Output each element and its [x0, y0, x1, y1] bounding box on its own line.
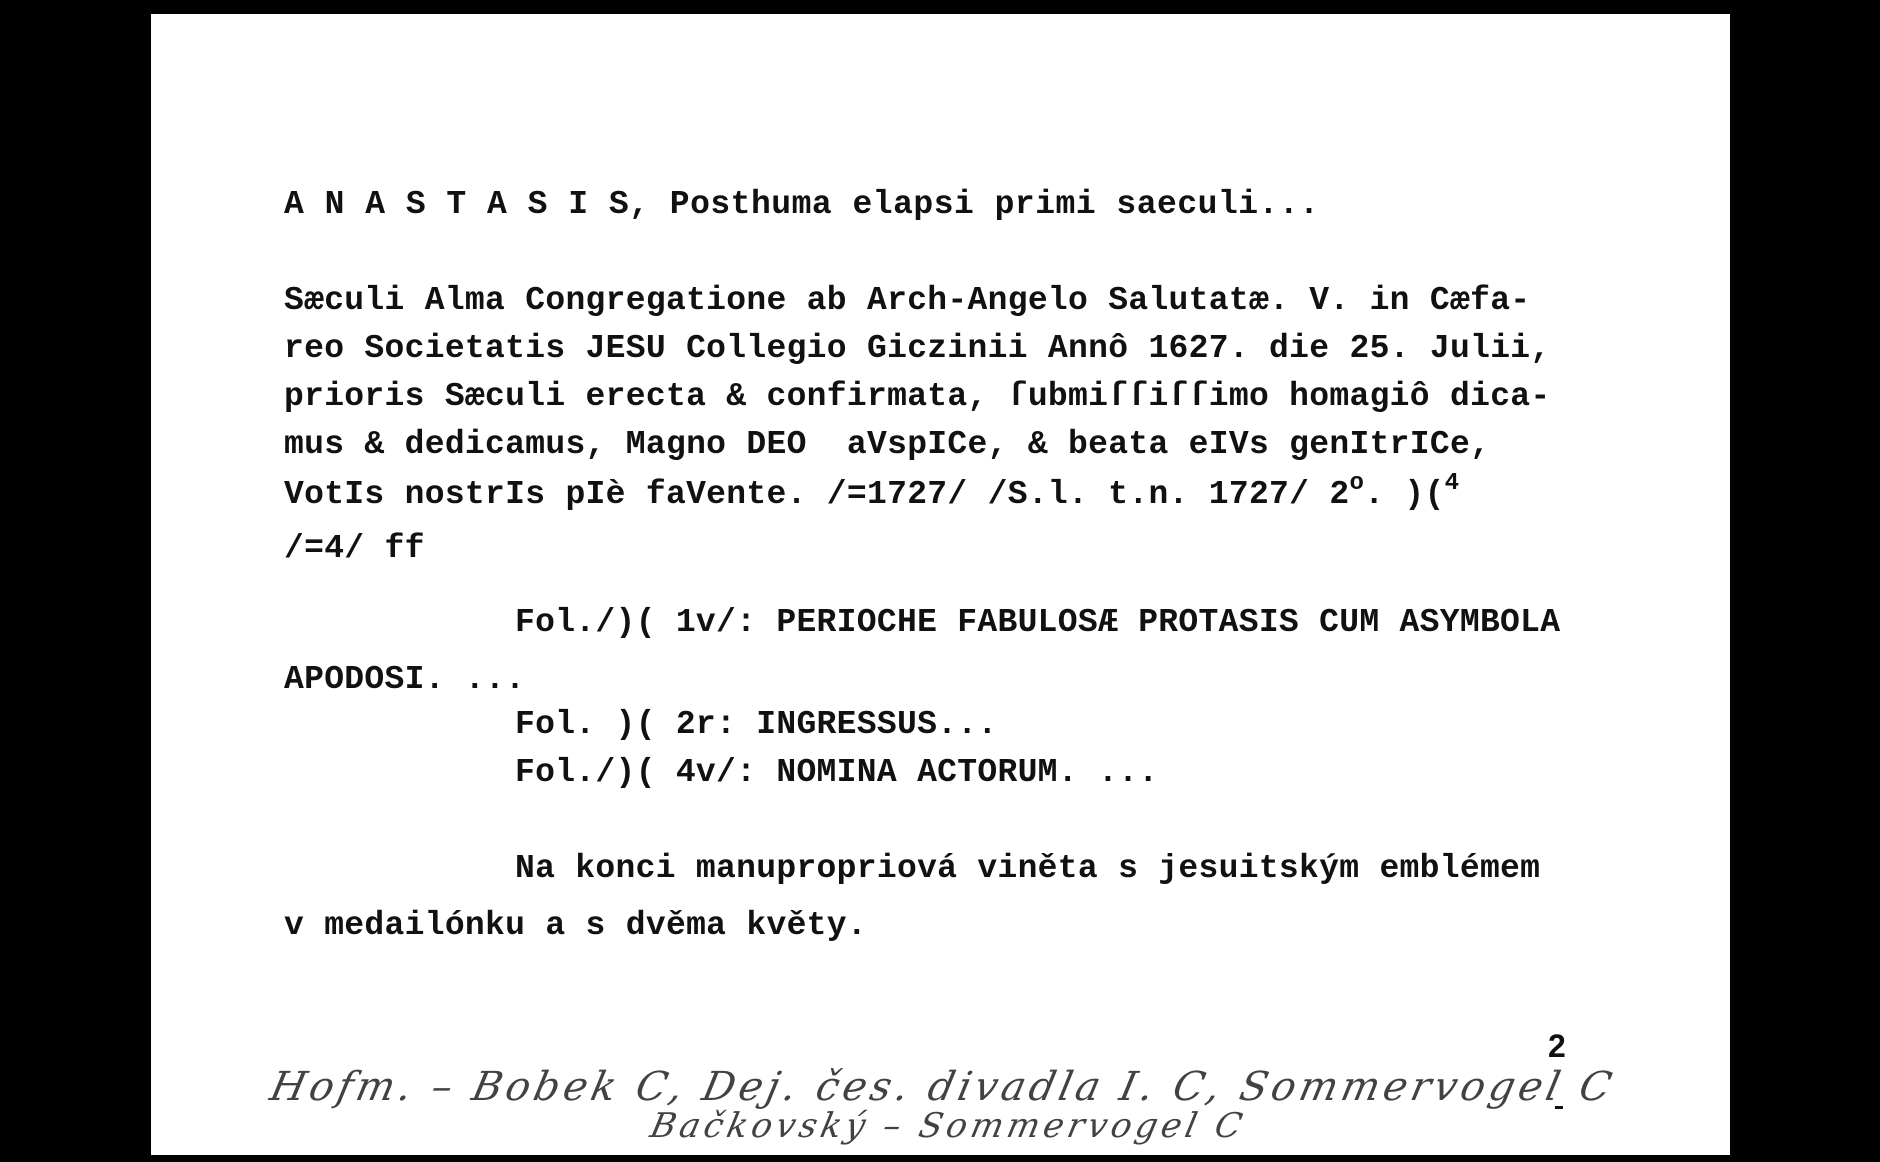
- description-line-6: /=4/ ff: [284, 530, 425, 568]
- handwritten-reference-line-1: Hofm. – Bobek C, Dej. čes. divadla I. C,…: [266, 1064, 1619, 1110]
- imprint-text: VotIs nostrIs pIè faVente. /=1727/ /S.l.…: [284, 476, 1349, 513]
- description-line-1: Sæculi Alma Congregatione ab Arch-Angelo…: [284, 282, 1530, 320]
- format-tail: . )(: [1364, 476, 1444, 513]
- catalog-card: A N A S T A S I S, Posthuma elapsi primi…: [151, 14, 1730, 1155]
- description-line-4: mus & dedicamus, Magno DEO aVspICe, & be…: [284, 426, 1490, 464]
- contents-line-2: APODOSI. ...: [284, 661, 525, 699]
- page-number: 2: [1548, 1028, 1566, 1065]
- note-line-1: Na konci manupropriová viněta s jesuitsk…: [515, 850, 1540, 888]
- description-line-2: reo Societatis JESU Collegio Giczinii An…: [284, 330, 1551, 368]
- card-heading: A N A S T A S I S, Posthuma elapsi primi…: [284, 186, 1319, 224]
- leaves-superscript: 4: [1445, 470, 1460, 497]
- description-line-5: VotIs nostrIs pIè faVente. /=1727/ /S.l.…: [284, 476, 1459, 517]
- handwritten-reference-line-2: Bačkovský – Sommervogel C: [647, 1106, 1250, 1146]
- description-line-3: prioris Sæculi erecta & confirmata, ſubm…: [284, 378, 1551, 416]
- contents-line-4: Fol./)( 4v/: NOMINA ACTORUM. ...: [515, 754, 1158, 792]
- tick-mark: [1555, 1106, 1563, 1109]
- contents-line-1: Fol./)( 1v/: PERIOCHE FABULOSÆ PROTASIS …: [515, 604, 1560, 642]
- format-superscript: o: [1349, 470, 1364, 497]
- note-line-2: v medailónku a s dvěma květy.: [284, 907, 867, 945]
- contents-line-3: Fol. )( 2r: INGRESSUS...: [515, 706, 997, 744]
